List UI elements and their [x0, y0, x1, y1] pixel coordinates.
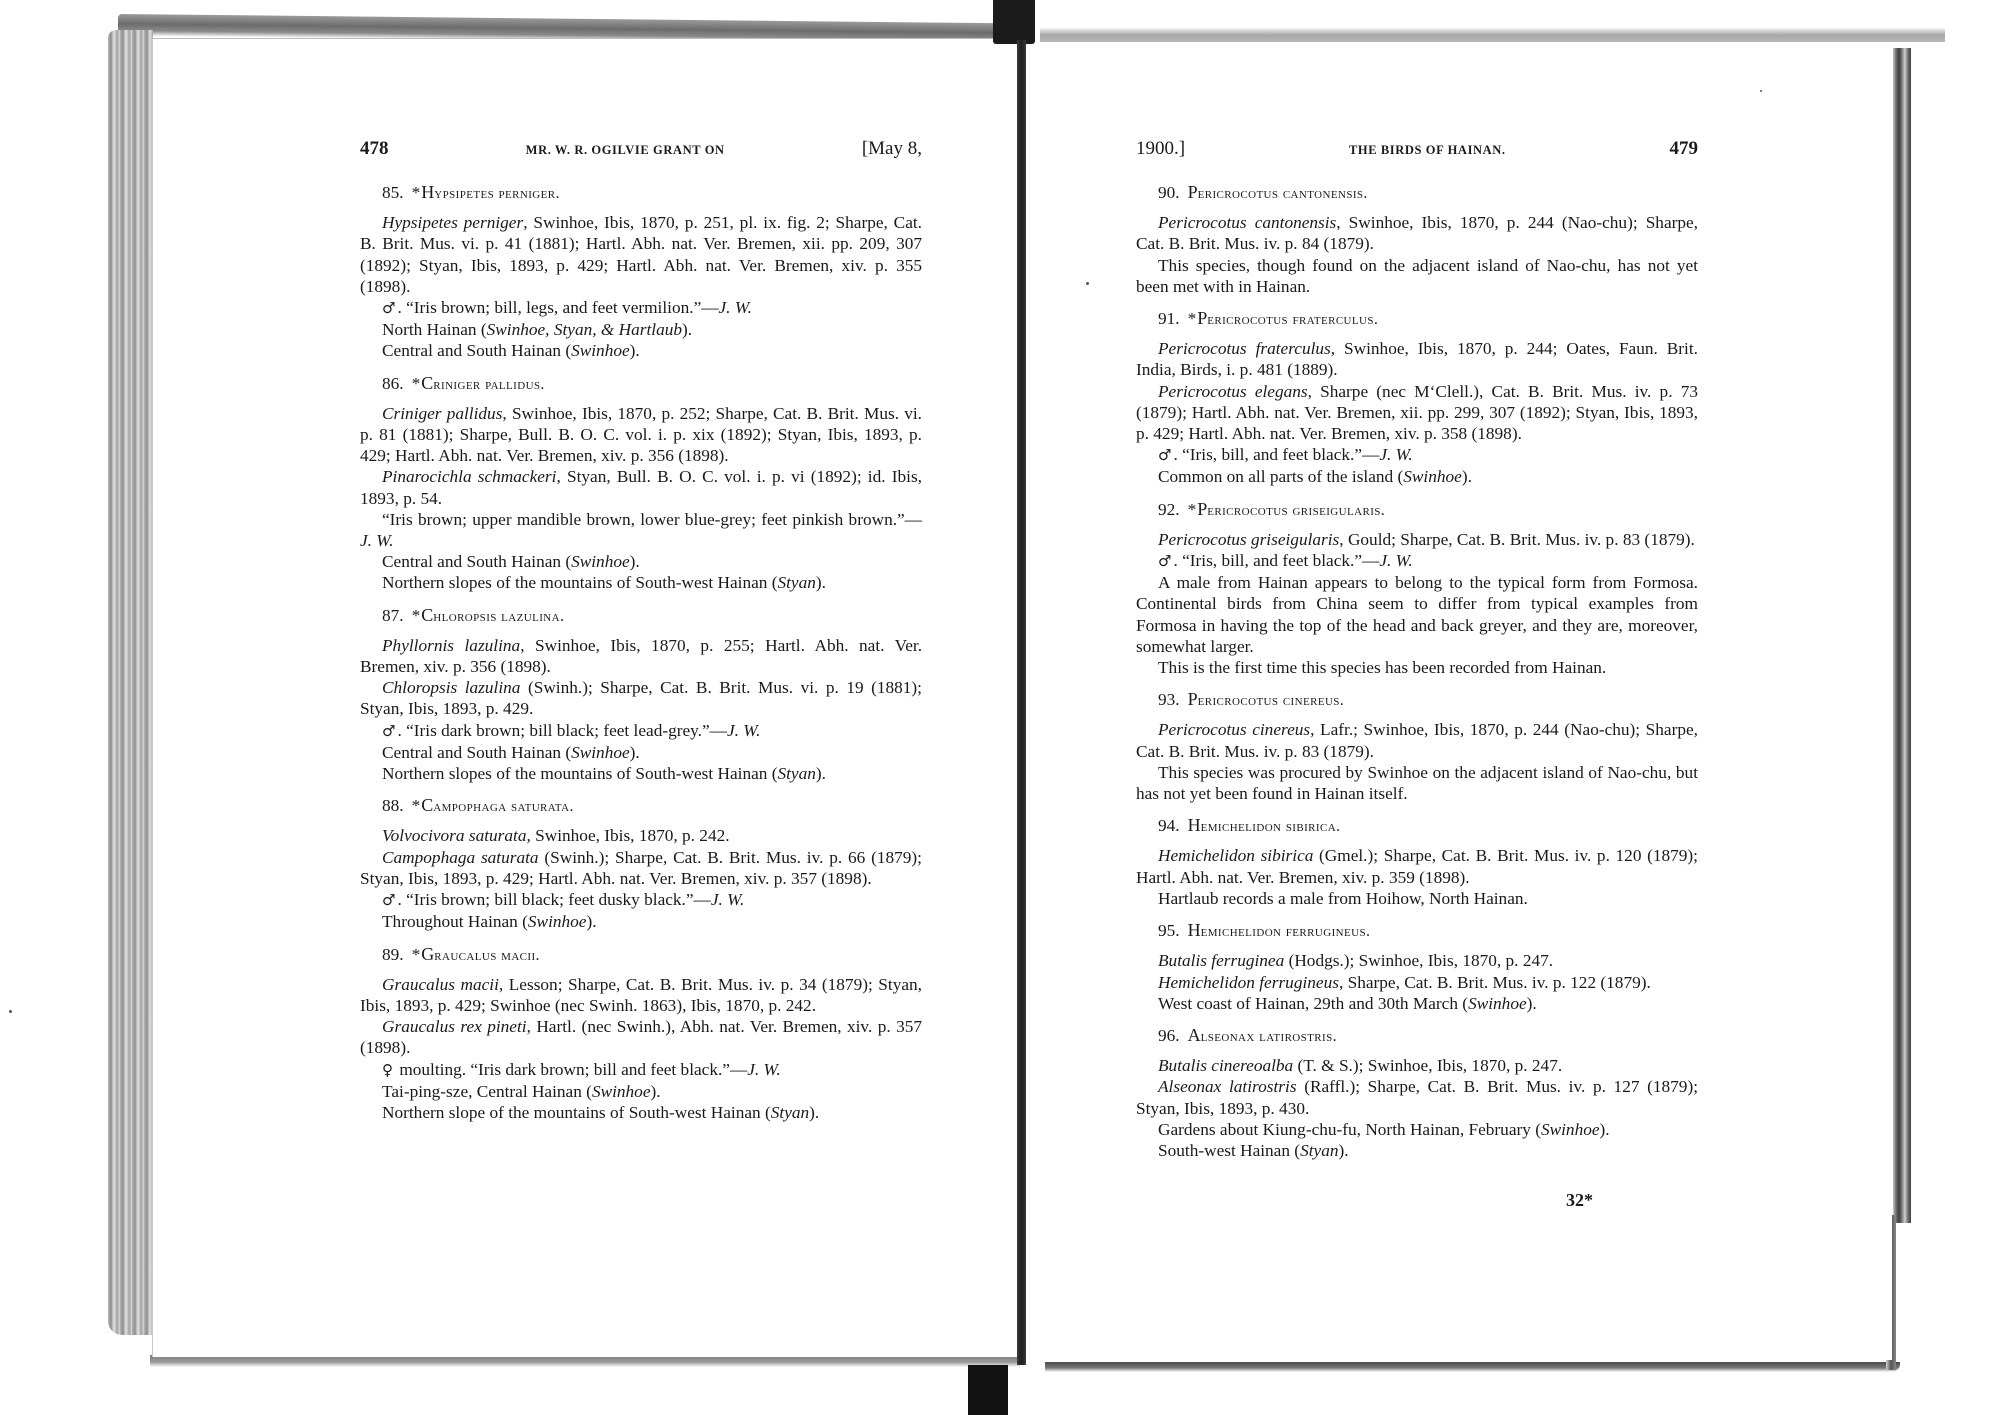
spine-top — [993, 0, 1035, 44]
entry-paragraph: Graucalus rex pineti, Hartl. (nec Swinh.… — [360, 1016, 922, 1058]
italic-text: J. W. — [1379, 445, 1412, 464]
italic-text: Pericrocotus griseigularis — [1158, 530, 1339, 549]
species-heading: 87.*Chloropsis lazulina. — [360, 605, 922, 627]
species-entries-left: 85.*Hypsipetes perniger.Hypsipetes perni… — [360, 182, 922, 1123]
text: North Hainan ( — [382, 320, 487, 339]
species-name-initial: C — [421, 605, 433, 625]
text: Common on all parts of the island ( — [1158, 467, 1403, 486]
entry-paragraph: Central and South Hainan (Swinhoe). — [360, 340, 922, 361]
species-name-initial: G — [421, 944, 434, 964]
text: Central and South Hainan ( — [382, 341, 571, 360]
entry-paragraph: Volvocivora saturata, Swinhoe, Ibis, 187… — [360, 825, 922, 846]
male-symbol-icon: ♂ — [382, 891, 395, 909]
text: Tai-ping-sze, Central Hainan ( — [382, 1082, 592, 1101]
species-entry: 95.Hemichelidon ferrugineus.Butalis ferr… — [1136, 920, 1698, 1014]
species-name-initial: C — [421, 373, 433, 393]
species-entry: 86.*Criniger pallidus.Criniger pallidus,… — [360, 373, 922, 594]
entry-paragraph: This species, though found on the adjace… — [1136, 255, 1698, 297]
page-stack-right — [1893, 48, 1911, 1223]
species-name-initial: P — [1188, 689, 1198, 709]
text: Central and South Hainan ( — [382, 743, 571, 762]
italic-text: Swinhoe — [528, 912, 587, 931]
species-heading: 95.Hemichelidon ferrugineus. — [1136, 920, 1698, 942]
text: . “Iris brown; bill, legs, and feet verm… — [397, 298, 718, 317]
text: (Hodgs.); Swinhoe, Ibis, 1870, p. 247. — [1284, 951, 1553, 970]
scan-speck — [9, 1010, 12, 1013]
entry-paragraph: Pericrocotus fraterculus, Swinhoe, Ibis,… — [1136, 338, 1698, 380]
text: ). — [1600, 1120, 1610, 1139]
species-number: 95. — [1158, 921, 1180, 940]
left-page-text: 478 MR. W. R. OGILVIE GRANT ON [May 8, 8… — [360, 138, 922, 1134]
running-title: MR. W. R. OGILVIE GRANT ON — [526, 140, 725, 161]
male-symbol-icon: ♂ — [1158, 552, 1171, 570]
entry-paragraph: Butalis ferruginea (Hodgs.); Swinhoe, Ib… — [1136, 950, 1698, 971]
italic-text: Swinhoe — [571, 341, 630, 360]
italic-text: Swinhoe — [571, 743, 630, 762]
species-entry: 96.Alseonax latirostris.Butalis cinereoa… — [1136, 1025, 1698, 1161]
scan-speck — [1086, 282, 1089, 285]
text: Hartlaub records a male from Hoihow, Nor… — [1158, 889, 1528, 908]
italic-text: Phyllornis lazulina — [382, 636, 520, 655]
italic-text: Pericrocotus fraterculus — [1158, 339, 1331, 358]
species-entry: 91.*Pericrocotus fraterculus.Pericrocotu… — [1136, 308, 1698, 488]
italic-text: Styan — [1300, 1141, 1338, 1160]
running-date: [May 8, — [862, 138, 922, 159]
page-edge-top-right — [1040, 28, 1945, 42]
running-title: THE BIRDS OF HAINAN. — [1349, 140, 1506, 161]
running-head-left: 478 MR. W. R. OGILVIE GRANT ON [May 8, — [360, 138, 922, 162]
species-name: lseonax latirostris. — [1201, 1028, 1337, 1045]
italic-text: Pericrocotus cinereus — [1158, 720, 1310, 739]
asterisk-mark: * — [1188, 500, 1197, 519]
species-name: ericrocotus cantonensis. — [1198, 185, 1368, 202]
text: . “Iris, bill, and feet black.”— — [1173, 551, 1379, 570]
entry-paragraph: Pericrocotus elegans, Sharpe (nec M‘Clel… — [1136, 381, 1698, 445]
entry-paragraph: ♂. “Iris brown; bill, legs, and feet ver… — [360, 297, 922, 319]
asterisk-mark: * — [412, 945, 421, 964]
entry-paragraph: Northern slopes of the mountains of Sout… — [360, 572, 922, 593]
species-name: emichelidon ferrugineus. — [1201, 923, 1371, 940]
entry-paragraph: Central and South Hainan (Swinhoe). — [360, 742, 922, 763]
text: Northern slope of the mountains of South… — [382, 1103, 771, 1122]
species-name: hloropsis lazulina. — [433, 608, 564, 625]
species-entry: 92.*Pericrocotus griseigularis.Pericroco… — [1136, 499, 1698, 679]
signature-mark: 32* — [1566, 1190, 1593, 1211]
text: West coast of Hainan, 29th and 30th Marc… — [1158, 994, 1468, 1013]
entry-paragraph: Hypsipetes perniger, Swinhoe, Ibis, 1870… — [360, 212, 922, 297]
asterisk-mark: * — [412, 796, 421, 815]
text: ). — [809, 1103, 819, 1122]
text: ). — [651, 1082, 661, 1101]
entry-paragraph: Pericrocotus cantonensis, Swinhoe, Ibis,… — [1136, 212, 1698, 254]
species-name-initial: H — [421, 182, 434, 202]
italic-text: Hemichelidon sibirica — [1158, 846, 1313, 865]
text: This is the first time this species has … — [1158, 658, 1606, 677]
entry-paragraph: North Hainan (Swinhoe, Styan, & Hartlaub… — [360, 319, 922, 340]
species-name: ericrocotus griseigularis. — [1207, 502, 1385, 519]
text: , Gould; Sharpe, Cat. B. Brit. Mus. iv. … — [1339, 530, 1695, 549]
species-heading: 93.Pericrocotus cinereus. — [1136, 689, 1698, 711]
italic-text: Swinhoe — [1468, 994, 1527, 1013]
species-name: riniger pallidus. — [433, 376, 545, 393]
italic-text: Volvocivora saturata — [382, 826, 526, 845]
book-spine-gutter — [1017, 40, 1026, 1365]
entry-paragraph: Chloropsis lazulina (Swinh.); Sharpe, Ca… — [360, 677, 922, 719]
text: ). — [1338, 1141, 1348, 1160]
species-name: emichelidon sibirica. — [1201, 818, 1341, 835]
entry-paragraph: Common on all parts of the island (Swinh… — [1136, 466, 1698, 487]
italic-text: Pericrocotus elegans — [1158, 382, 1308, 401]
entry-paragraph: Alseonax latirostris (Raffl.); Sharpe, C… — [1136, 1076, 1698, 1118]
entry-paragraph: Pericrocotus cinereus, Lafr.; Swinhoe, I… — [1136, 719, 1698, 761]
species-number: 90. — [1158, 183, 1180, 202]
species-name-initial: P — [1197, 308, 1207, 328]
italic-text: Butalis cinereoalba — [1158, 1056, 1293, 1075]
italic-text: Swinhoe — [1541, 1120, 1600, 1139]
italic-text: Alseonax latirostris — [1158, 1077, 1297, 1096]
species-name-initial: H — [1188, 815, 1201, 835]
species-name: raucalus macii. — [434, 947, 540, 964]
entry-paragraph: This is the first time this species has … — [1136, 657, 1698, 678]
species-heading: 92.*Pericrocotus griseigularis. — [1136, 499, 1698, 521]
entry-paragraph: Hemichelidon sibirica (Gmel.); Sharpe, C… — [1136, 845, 1698, 887]
species-entry: 85.*Hypsipetes perniger.Hypsipetes perni… — [360, 182, 922, 362]
spine-bottom — [968, 1365, 1008, 1415]
species-entry: 89.*Graucalus macii.Graucalus macii, Les… — [360, 944, 922, 1124]
species-heading: 88.*Campophaga saturata. — [360, 795, 922, 817]
running-date: 1900.] — [1136, 138, 1185, 159]
italic-text: Graucalus macii — [382, 975, 499, 994]
italic-text: J. W. — [1379, 551, 1412, 570]
text: ). — [1462, 467, 1472, 486]
text: ). — [630, 552, 640, 571]
text: This species was procured by Swinhoe on … — [1136, 763, 1698, 803]
male-symbol-icon: ♂ — [382, 299, 395, 317]
species-name: ypsipetes perniger. — [434, 185, 560, 202]
book-spread: 478 MR. W. R. OGILVIE GRANT ON [May 8, 8… — [0, 0, 2000, 1415]
italic-text: Swinhoe — [592, 1082, 651, 1101]
asterisk-mark: * — [1188, 309, 1197, 328]
species-name: ericrocotus fraterculus. — [1207, 311, 1378, 328]
text: ). — [816, 573, 826, 592]
species-entry: 87.*Chloropsis lazulina.Phyllornis lazul… — [360, 605, 922, 785]
text: ). — [630, 341, 640, 360]
italic-text: Swinhoe — [571, 552, 630, 571]
entry-paragraph: South-west Hainan (Styan). — [1136, 1140, 1698, 1161]
entry-paragraph: ♂. “Iris dark brown; bill black; feet le… — [360, 720, 922, 742]
species-entries-right: 90.Pericrocotus cantonensis.Pericrocotus… — [1136, 182, 1698, 1161]
species-entry: 93.Pericrocotus cinereus.Pericrocotus ci… — [1136, 689, 1698, 804]
entry-paragraph: Graucalus macii, Lesson; Sharpe, Cat. B.… — [360, 974, 922, 1016]
species-number: 94. — [1158, 816, 1180, 835]
text: A male from Hainan appears to belong to … — [1136, 573, 1698, 656]
right-page-text: 1900.] THE BIRDS OF HAINAN. 479 90.Peric… — [1136, 138, 1698, 1172]
italic-text: Pericrocotus cantonensis — [1158, 213, 1336, 232]
species-heading: 86.*Criniger pallidus. — [360, 373, 922, 395]
text: . “Iris brown; bill black; feet dusky bl… — [397, 890, 710, 909]
species-number: 96. — [1158, 1026, 1180, 1045]
running-head-right: 1900.] THE BIRDS OF HAINAN. 479 — [1136, 138, 1698, 162]
male-symbol-icon: ♂ — [382, 722, 395, 740]
page-number: 478 — [360, 138, 389, 159]
entry-paragraph: Central and South Hainan (Swinhoe). — [360, 551, 922, 572]
italic-text: Styan — [771, 1103, 809, 1122]
species-heading: 94.Hemichelidon sibirica. — [1136, 815, 1698, 837]
text: ). — [816, 764, 826, 783]
italic-text: Campophaga saturata — [382, 848, 539, 867]
page-stack-left — [108, 30, 153, 1335]
entry-paragraph: A male from Hainan appears to belong to … — [1136, 572, 1698, 657]
asterisk-mark: * — [412, 606, 421, 625]
italic-text: Styan — [777, 764, 815, 783]
species-heading: 96.Alseonax latirostris. — [1136, 1025, 1698, 1047]
italic-text: Butalis ferruginea — [1158, 951, 1284, 970]
entry-paragraph: “Iris brown; upper mandible brown, lower… — [360, 509, 922, 551]
species-number: 92. — [1158, 500, 1180, 519]
text: . “Iris dark brown; bill black; feet lea… — [397, 721, 727, 740]
italic-text: J. W. — [727, 721, 760, 740]
species-heading: 91.*Pericrocotus fraterculus. — [1136, 308, 1698, 330]
italic-text: Styan — [777, 573, 815, 592]
species-name-initial: A — [1188, 1025, 1201, 1045]
entry-paragraph: Hemichelidon ferrugineus, Sharpe, Cat. B… — [1136, 972, 1698, 993]
italic-text: Graucalus rex pineti — [382, 1017, 527, 1036]
text: , Sharpe, Cat. B. Brit. Mus. iv. p. 122 … — [1339, 973, 1651, 992]
text: Gardens about Kiung-chu-fu, North Hainan… — [1158, 1120, 1541, 1139]
entry-paragraph: Northern slopes of the mountains of Sout… — [360, 763, 922, 784]
text: (T. & S.); Swinhoe, Ibis, 1870, p. 247. — [1293, 1056, 1562, 1075]
text: moulting. “Iris dark brown; bill and fee… — [395, 1060, 747, 1079]
italic-text: J. W. — [747, 1060, 780, 1079]
text: Central and South Hainan ( — [382, 552, 571, 571]
scan-speck — [1760, 90, 1762, 92]
species-number: 93. — [1158, 690, 1180, 709]
italic-text: J. W. — [711, 890, 744, 909]
species-entry: 90.Pericrocotus cantonensis.Pericrocotus… — [1136, 182, 1698, 297]
asterisk-mark: * — [412, 183, 421, 202]
species-name-initial: H — [1188, 920, 1201, 940]
entry-paragraph: ♂. “Iris, bill, and feet black.”—J. W. — [1136, 550, 1698, 572]
entry-paragraph: This species was procured by Swinhoe on … — [1136, 762, 1698, 804]
species-heading: 85.*Hypsipetes perniger. — [360, 182, 922, 204]
text: Northern slopes of the mountains of Sout… — [382, 764, 777, 783]
entry-paragraph: ♂. “Iris, bill, and feet black.”—J. W. — [1136, 444, 1698, 466]
entry-paragraph: Butalis cinereoalba (T. & S.); Swinhoe, … — [1136, 1055, 1698, 1076]
species-number: 85. — [382, 183, 404, 202]
italic-text: Criniger pallidus — [382, 404, 502, 423]
entry-paragraph: Tai-ping-sze, Central Hainan (Swinhoe). — [360, 1081, 922, 1102]
text: ). — [1527, 994, 1537, 1013]
entry-paragraph: ♀ moulting. “Iris dark brown; bill and f… — [360, 1059, 922, 1081]
species-number: 89. — [382, 945, 404, 964]
entry-paragraph: Northern slope of the mountains of South… — [360, 1102, 922, 1123]
italic-text: Chloropsis lazulina — [382, 678, 520, 697]
species-heading: 90.Pericrocotus cantonensis. — [1136, 182, 1698, 204]
text: . “Iris, bill, and feet black.”— — [1173, 445, 1379, 464]
female-symbol-icon: ♀ — [382, 1061, 393, 1079]
text: ). — [586, 912, 596, 931]
species-number: 87. — [382, 606, 404, 625]
text: This species, though found on the adjace… — [1136, 256, 1698, 296]
italic-text: Hypsipetes perniger — [382, 213, 523, 232]
species-entry: 88.*Campophaga saturata.Volvocivora satu… — [360, 795, 922, 932]
entry-paragraph: Pericrocotus griseigularis, Gould; Sharp… — [1136, 529, 1698, 550]
entry-paragraph: Phyllornis lazulina, Swinhoe, Ibis, 1870… — [360, 635, 922, 677]
entry-paragraph: Pinarocichla schmackeri, Styan, Bull. B.… — [360, 466, 922, 508]
page-number: 479 — [1670, 138, 1699, 159]
entry-paragraph: Criniger pallidus, Swinhoe, Ibis, 1870, … — [360, 403, 922, 467]
species-number: 91. — [1158, 309, 1180, 328]
entry-paragraph: Gardens about Kiung-chu-fu, North Hainan… — [1136, 1119, 1698, 1140]
species-name-initial: P — [1197, 499, 1207, 519]
italic-text: Pinarocichla schmackeri — [382, 467, 556, 486]
page-edge-bottom-right — [1045, 1362, 1900, 1372]
text: “Iris brown; upper mandible brown, lower… — [382, 510, 922, 529]
italic-text: Swinhoe, Styan, & Hartlaub — [487, 320, 682, 339]
entry-paragraph: Hartlaub records a male from Hoihow, Nor… — [1136, 888, 1698, 909]
text: ). — [630, 743, 640, 762]
species-name: ericrocotus cinereus. — [1198, 692, 1345, 709]
species-number: 86. — [382, 374, 404, 393]
male-symbol-icon: ♂ — [1158, 446, 1171, 464]
entry-paragraph: Campophaga saturata (Swinh.); Sharpe, Ca… — [360, 847, 922, 889]
text: ). — [682, 320, 692, 339]
text: Northern slopes of the mountains of Sout… — [382, 573, 777, 592]
text: Throughout Hainan ( — [382, 912, 528, 931]
entry-paragraph: ♂. “Iris brown; bill black; feet dusky b… — [360, 889, 922, 911]
italic-text: J. W. — [360, 531, 393, 550]
entry-paragraph: West coast of Hainan, 29th and 30th Marc… — [1136, 993, 1698, 1014]
species-name: ampophaga saturata. — [433, 798, 574, 815]
italic-text: Hemichelidon ferrugineus — [1158, 973, 1339, 992]
text: South-west Hainan ( — [1158, 1141, 1300, 1160]
italic-text: J. W. — [719, 298, 752, 317]
italic-text: Swinhoe — [1403, 467, 1462, 486]
entry-paragraph: Throughout Hainan (Swinhoe). — [360, 911, 922, 932]
species-heading: 89.*Graucalus macii. — [360, 944, 922, 966]
species-number: 88. — [382, 796, 404, 815]
asterisk-mark: * — [412, 374, 421, 393]
species-name-initial: P — [1188, 182, 1198, 202]
species-name-initial: C — [421, 795, 433, 815]
text: , Swinhoe, Ibis, 1870, p. 242. — [526, 826, 729, 845]
species-entry: 94.Hemichelidon sibirica.Hemichelidon si… — [1136, 815, 1698, 909]
